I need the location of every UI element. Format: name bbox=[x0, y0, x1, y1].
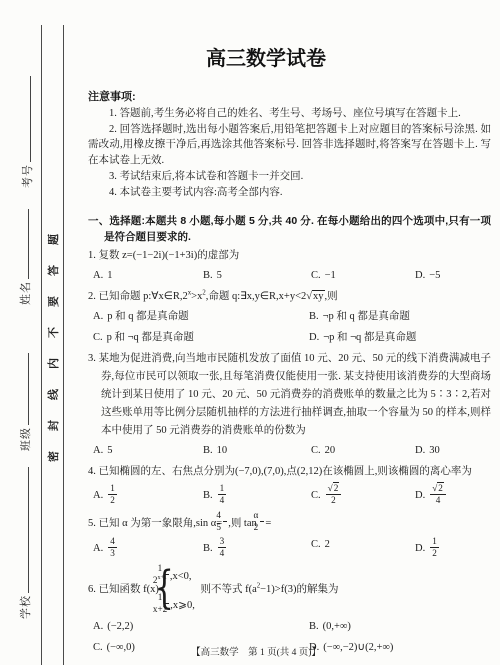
field-blank-line bbox=[27, 76, 31, 162]
option-B: B.5 bbox=[203, 267, 311, 285]
question: 4. 已知椭圆的左、右焦点分别为(−7,0),(7,0),点(2,12)在该椭圆… bbox=[88, 463, 491, 507]
option-label: C. bbox=[311, 490, 321, 501]
option-C: C.p 和 ¬q 都是真命题 bbox=[93, 329, 309, 347]
radical: √2 bbox=[432, 482, 444, 493]
option-label: A. bbox=[93, 490, 103, 501]
option-label: D. bbox=[415, 543, 425, 554]
notice-item: 1. 答题前,考生务必将自己的姓名、考生号、考场号、座位号填写在答题卡上. bbox=[88, 106, 491, 122]
option-label: A. bbox=[93, 270, 103, 281]
option-row: A.43B.34C.2D.12 bbox=[88, 536, 491, 560]
option-label: C. bbox=[93, 332, 103, 343]
option-D: D.−5 bbox=[415, 267, 491, 285]
fraction: 12 bbox=[430, 536, 439, 560]
question: 1. 复数 z=(−1−2i)(−1+3i)的虚部为A.1B.5C.−1D.−5 bbox=[88, 247, 491, 285]
fraction: 43 bbox=[108, 536, 117, 560]
question-list: 1. 复数 z=(−1−2i)(−1+3i)的虚部为A.1B.5C.−1D.−5… bbox=[88, 247, 491, 657]
option-D: D.30 bbox=[415, 442, 491, 460]
option-A: A.(−2,2) bbox=[93, 618, 309, 636]
option-label: B. bbox=[203, 270, 213, 281]
radical: √xy bbox=[306, 290, 324, 302]
option-D: D.√24 bbox=[415, 483, 491, 507]
option-B: B.14 bbox=[203, 483, 311, 507]
notice-item: 2. 回答选择题时,选出每小题答案后,用铅笔把答题卡上对应题目的答案标号涂黑. … bbox=[88, 122, 491, 169]
notice-list: 1. 答题前,考生务必将自己的姓名、考生号、考场号、座位号填写在答题卡上.2. … bbox=[88, 106, 491, 201]
notice-block: 注意事项: 1. 答题前,考生务必将自己的姓名、考生号、考场号、座位号填写在答题… bbox=[88, 90, 491, 201]
field-exam-number: 考号 bbox=[19, 76, 35, 188]
piecewise-function: {12x+1,x<0,1x+2,x⩾0, bbox=[168, 563, 195, 616]
option-label: B. bbox=[203, 543, 213, 554]
option-A: A.1 bbox=[93, 267, 203, 285]
question: 5. 已知 α 为第一象限角,sin α=45,则 tan α2=A.43B.3… bbox=[88, 510, 491, 560]
question-stem: 5. 已知 α 为第一象限角,sin α=45,则 tan α2= bbox=[88, 510, 491, 534]
option-B: B.¬p 和 q 都是真命题 bbox=[309, 308, 491, 326]
option-label: C. bbox=[311, 539, 321, 550]
field-label: 学校 bbox=[20, 595, 32, 619]
option-label: D. bbox=[415, 490, 425, 501]
option-D: D.¬p 和 ¬q 都是真命题 bbox=[309, 329, 491, 347]
option-label: B. bbox=[203, 490, 213, 501]
exam-content: 高三数学试卷 注意事项: 1. 答题前,考生务必将自己的姓名、考生号、考场号、座… bbox=[88, 0, 491, 660]
option-C: C.−1 bbox=[311, 267, 415, 285]
option-label: D. bbox=[415, 445, 425, 456]
question-stem: 1. 复数 z=(−1−2i)(−1+3i)的虚部为 bbox=[88, 247, 491, 265]
section-heading: 一、选择题:本题共 8 小题,每小题 5 分,共 40 分. 在每小题给出的四个… bbox=[88, 213, 491, 246]
notice-heading: 注意事项: bbox=[88, 90, 491, 106]
option-C: C.√22 bbox=[311, 483, 415, 507]
field-label: 姓名 bbox=[20, 281, 32, 305]
option-row: A.5B.10C.20D.30 bbox=[88, 442, 491, 460]
seal-margin-text: 密封线内不要答题 bbox=[45, 214, 61, 462]
notice-item: 4. 本试卷主要考试内容:高考全部内容. bbox=[88, 185, 491, 201]
option-label: D. bbox=[309, 332, 319, 343]
cases-brace: { bbox=[168, 567, 174, 612]
option-label: B. bbox=[309, 311, 319, 322]
field-blank-line bbox=[25, 353, 29, 425]
fraction: 45 bbox=[223, 510, 227, 534]
option-label: A. bbox=[93, 311, 103, 322]
option-C: C.20 bbox=[311, 442, 415, 460]
exam-paper-page: 密封线内不要答题 考号姓名班级学校 高三数学试卷 注意事项: 1. 答题前,考生… bbox=[0, 0, 500, 665]
option-A: A.5 bbox=[93, 442, 203, 460]
option-label: A. bbox=[93, 621, 103, 632]
question: 2. 已知命题 p:∀x∈R,2x>x2,命题 q:∃x,y∈R,x+y<2√x… bbox=[88, 288, 491, 347]
field-student-name: 姓名 bbox=[17, 209, 33, 305]
fraction: α2 bbox=[260, 510, 264, 534]
seal-line bbox=[41, 25, 42, 665]
option-B: B.34 bbox=[203, 536, 311, 560]
field-blank-line bbox=[25, 467, 29, 593]
option-B: B.(0,+∞) bbox=[309, 618, 491, 636]
option-A: A.p 和 q 都是真命题 bbox=[93, 308, 309, 326]
fraction: 34 bbox=[218, 536, 227, 560]
question-stem: 3. 某地为促进消费,向当地市民随机发放了面值 10 元、20 元、50 元的线… bbox=[88, 350, 491, 440]
question-stem: 4. 已知椭圆的左、右焦点分别为(−7,0),(7,0),点(2,12)在该椭圆… bbox=[88, 463, 491, 481]
radical: √2 bbox=[328, 482, 340, 493]
fraction: √22 bbox=[326, 483, 342, 507]
question-stem: 6. 已知函数 f(x)={12x+1,x<0,1x+2,x⩾0, 则不等式 f… bbox=[88, 563, 491, 616]
question: 6. 已知函数 f(x)={12x+1,x<0,1x+2,x⩾0, 则不等式 f… bbox=[88, 563, 491, 657]
option-row: A.1B.5C.−1D.−5 bbox=[88, 267, 491, 285]
page-title: 高三数学试卷 bbox=[88, 42, 444, 71]
option-label: C. bbox=[311, 270, 321, 281]
fraction: √24 bbox=[430, 483, 446, 507]
fraction: 12 bbox=[108, 483, 117, 507]
option-label: A. bbox=[93, 543, 103, 554]
question: 3. 某地为促进消费,向当地市民随机发放了面值 10 元、20 元、50 元的线… bbox=[88, 350, 491, 460]
page-footer: 【高三数学 第 1 页(共 4 页)】 bbox=[88, 644, 424, 658]
option-C: C.2 bbox=[311, 536, 415, 560]
field-school: 学校 bbox=[17, 467, 33, 619]
option-D: D.12 bbox=[415, 536, 491, 560]
field-label: 考号 bbox=[22, 164, 34, 188]
option-A: A.43 bbox=[93, 536, 203, 560]
field-class: 班级 bbox=[17, 353, 33, 451]
option-label: D. bbox=[415, 270, 425, 281]
field-blank-line bbox=[25, 209, 29, 279]
seal-line bbox=[63, 25, 64, 665]
notice-item: 3. 考试结束后,将本试卷和答题卡一并交回. bbox=[88, 169, 491, 185]
field-label: 班级 bbox=[20, 427, 32, 451]
option-row: C.p 和 ¬q 都是真命题D.¬p 和 ¬q 都是真命题 bbox=[88, 329, 491, 347]
option-label: A. bbox=[93, 445, 103, 456]
fraction: 14 bbox=[218, 483, 227, 507]
option-B: B.10 bbox=[203, 442, 311, 460]
option-label: B. bbox=[203, 445, 213, 456]
option-A: A.12 bbox=[93, 483, 203, 507]
option-label: C. bbox=[311, 445, 321, 456]
question-stem: 2. 已知命题 p:∀x∈R,2x>x2,命题 q:∃x,y∈R,x+y<2√x… bbox=[88, 288, 491, 306]
option-row: A.12B.14C.√22D.√24 bbox=[88, 483, 491, 507]
option-row: A.(−2,2)B.(0,+∞) bbox=[88, 618, 491, 636]
option-label: B. bbox=[309, 621, 319, 632]
option-row: A.p 和 q 都是真命题B.¬p 和 q 都是真命题 bbox=[88, 308, 491, 326]
